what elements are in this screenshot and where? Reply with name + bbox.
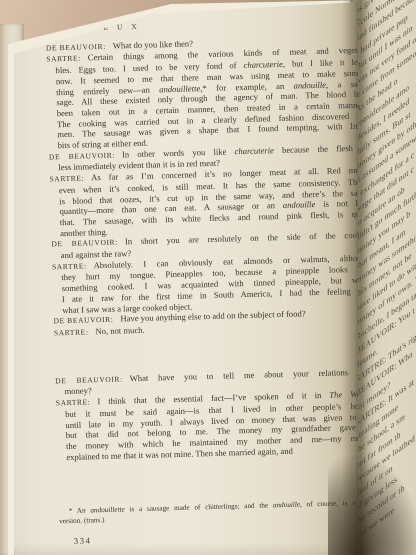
speaker-label: DE BEAUVOIR: <box>49 150 115 161</box>
speaker-label: DE BEAUVOIR: <box>55 374 123 385</box>
speaker-label: SARTRE: <box>52 261 87 271</box>
speaker-label: SARTRE: <box>56 397 91 407</box>
right-page: as given to meÉcole Normale. Mhad finish… <box>350 0 416 555</box>
right-page-text: as given to meÉcole Normale. Mhad finish… <box>356 0 416 544</box>
speaker-label: SARTRE: <box>46 54 81 64</box>
speaker-label: DE BEAUVOIR: <box>51 238 118 249</box>
speaker-label: SARTRE: <box>49 174 84 184</box>
speaker-label: SARTRE: <box>54 327 89 337</box>
left-page-text: ADIEUX DE BEAUVOIR:What do you like then… <box>45 2 378 547</box>
left-page: ADIEUX DE BEAUVOIR:What do you like then… <box>14 0 358 555</box>
book-photo: as given to meÉcole Normale. Mhad finish… <box>0 0 416 555</box>
footnote: * An andouillette is a sausage made of c… <box>59 499 377 527</box>
speaker-label: DE BEAUVOIR: <box>53 315 113 326</box>
dialogue: DE BEAUVOIR:What do you like then?SARTRE… <box>46 33 376 462</box>
page-number: 334 <box>74 527 378 546</box>
speaker-label: DE BEAUVOIR: <box>46 42 106 53</box>
